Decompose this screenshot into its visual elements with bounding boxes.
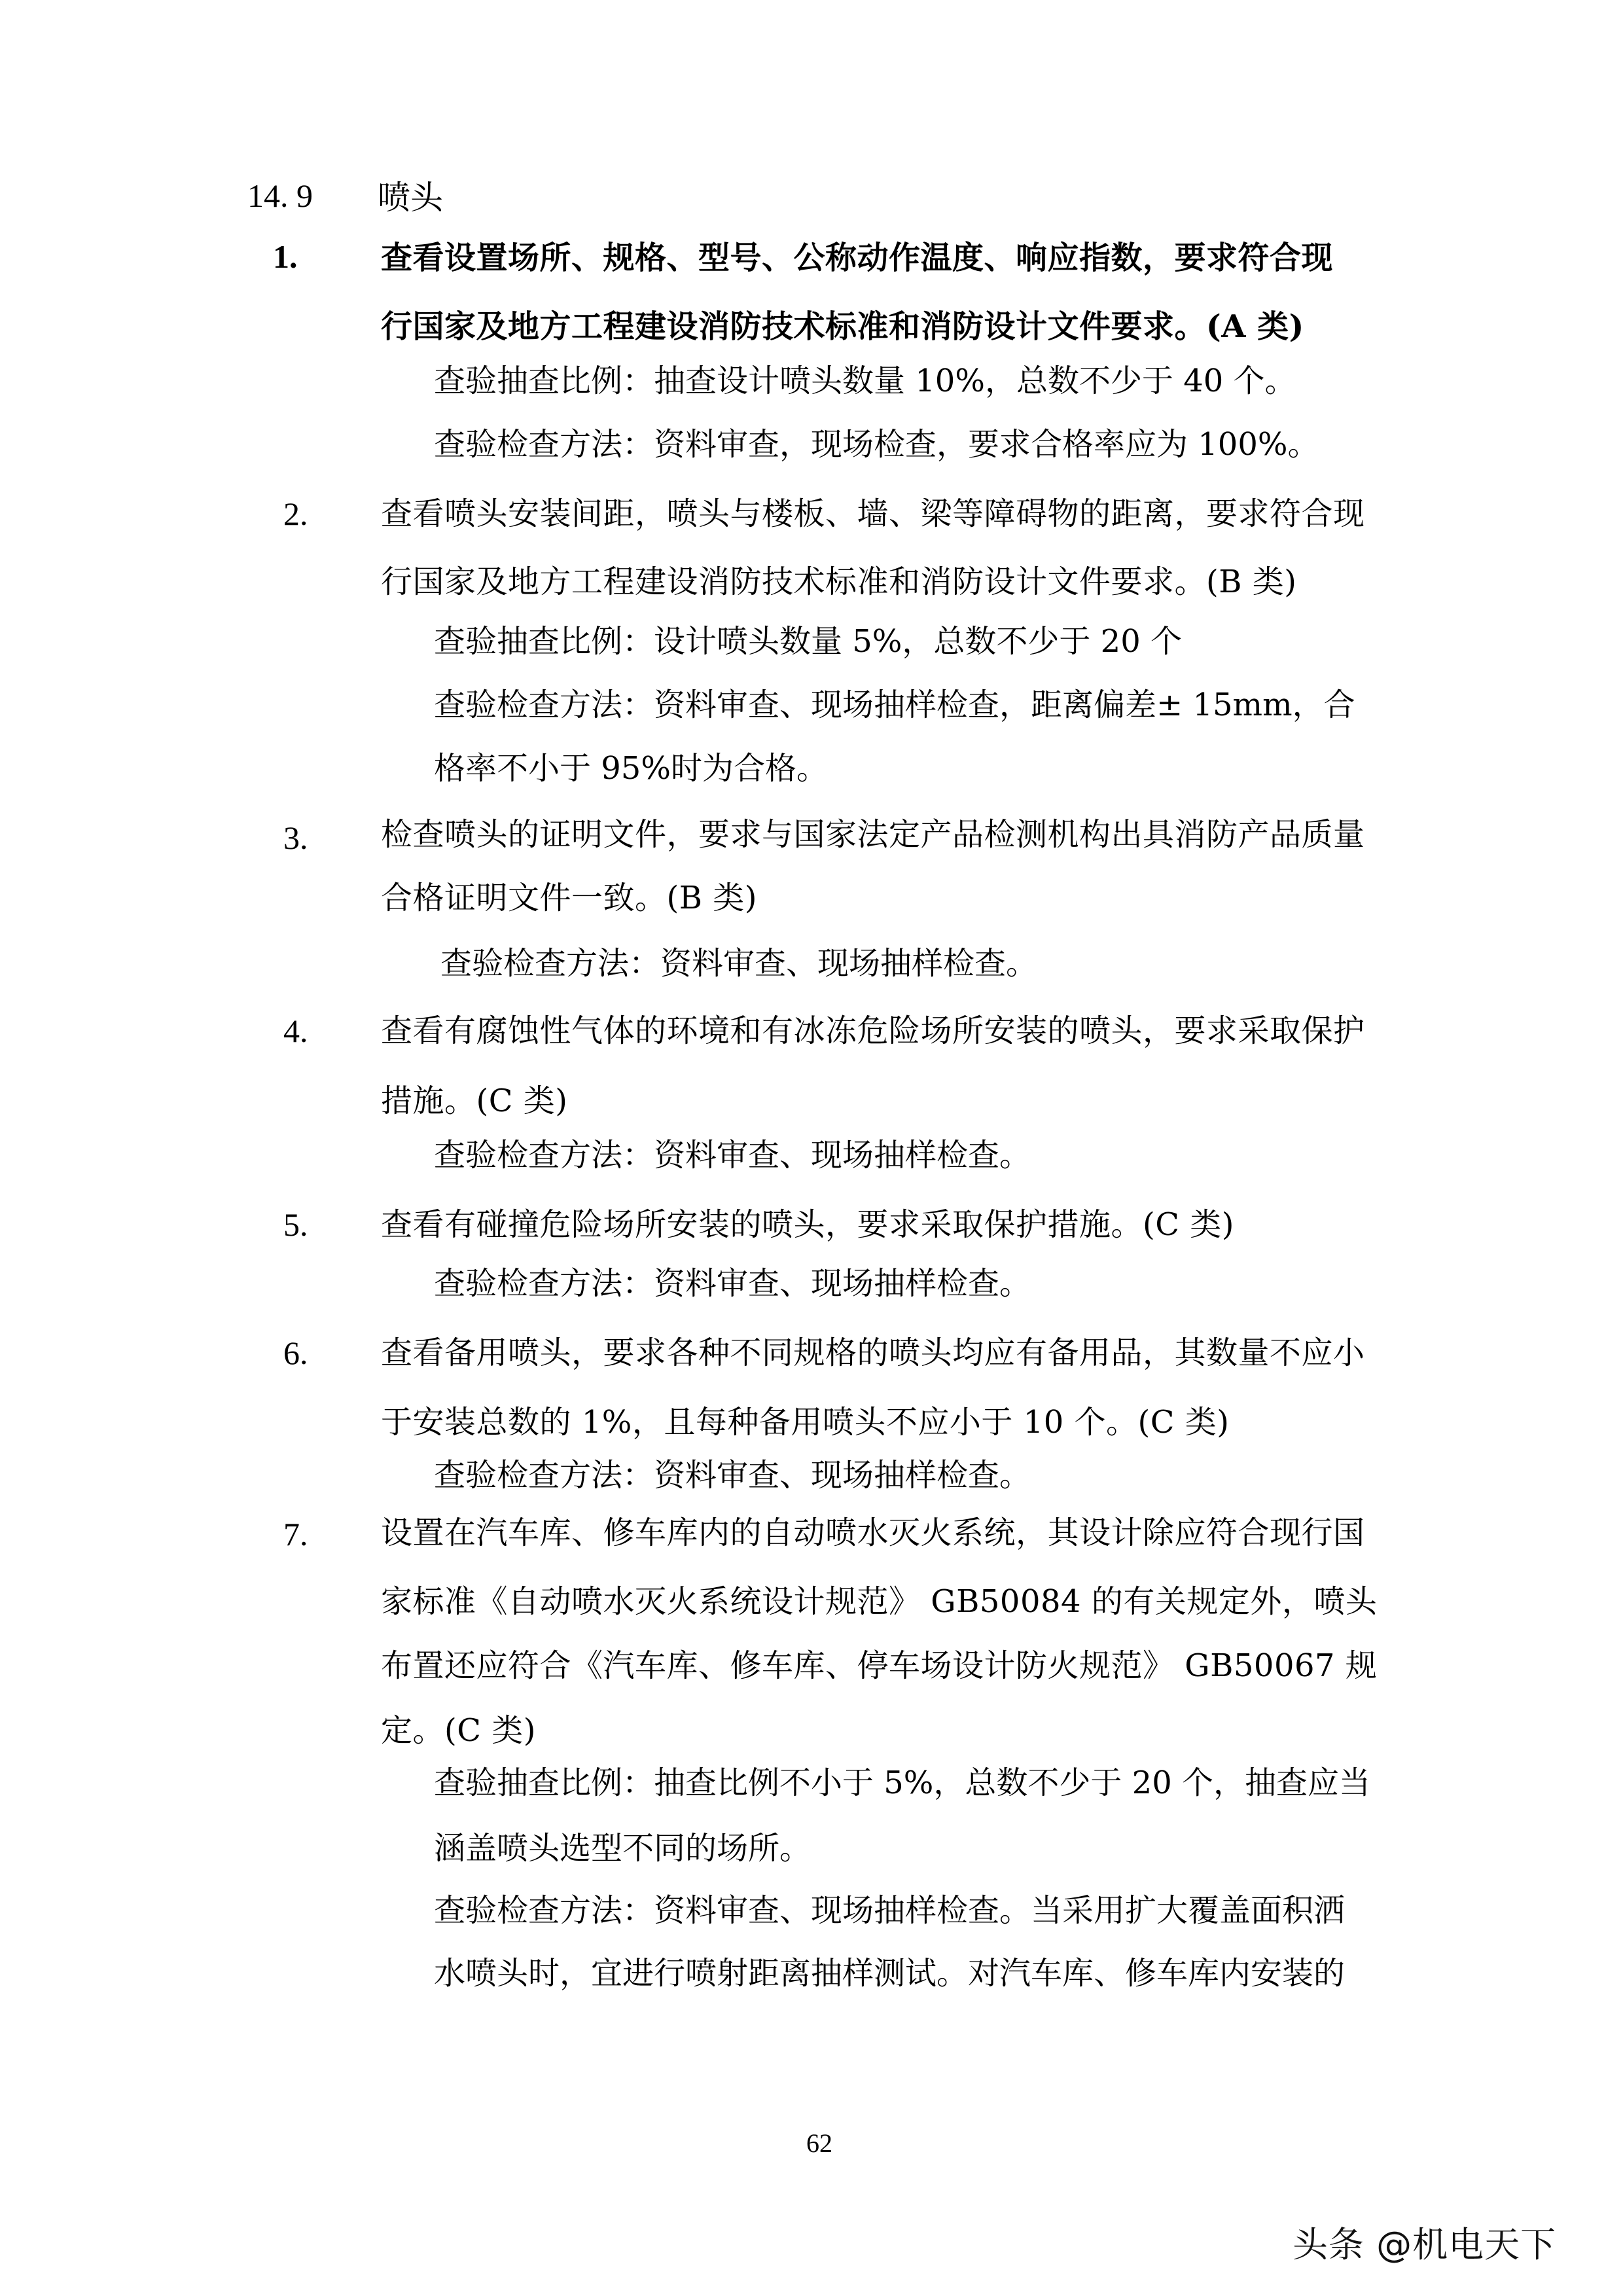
item-text-line: 查看设置场所、规格、型号、公称动作温度、响应指数，要求符合现 bbox=[381, 240, 1402, 276]
item-text-line: 合格证明文件一致。(B 类) bbox=[381, 880, 1402, 916]
sampling-ratio-cont: 涵盖喷头选型不同的场所。 bbox=[434, 1830, 811, 1867]
page-number: 62 bbox=[806, 2128, 832, 2159]
inspection-method-cont: 格率不小于 95%时为合格。 bbox=[434, 750, 828, 787]
item-text-line: 于安装总数的 1%，且每种备用喷头不应小于 10 个。(C 类) bbox=[381, 1404, 1402, 1441]
item-text-line: 检查喷头的证明文件，要求与国家法定产品检测机构出具消防产品质量 bbox=[381, 816, 1402, 853]
inspection-method: 查验检查方法：资料审查、现场抽样检查。 bbox=[434, 1265, 1031, 1302]
item-number: 2. bbox=[283, 495, 308, 532]
item-text-line: 家标准《自动喷水灭火系统设计规范》 GB50084 的有关规定外，喷头 bbox=[381, 1583, 1402, 1620]
inspection-method: 查验检查方法：资料审查、现场抽样检查。当采用扩大覆盖面积洒 bbox=[434, 1892, 1345, 1929]
item-number: 3. bbox=[283, 819, 308, 856]
inspection-method: 查验检查方法：资料审查、现场抽样检查。 bbox=[434, 1137, 1031, 1174]
sampling-ratio: 查验抽查比例：抽查设计喷头数量 10%，总数不少于 40 个。 bbox=[434, 363, 1296, 399]
item-text-line: 查看有碰撞危险场所安装的喷头，要求采取保护措施。(C 类) bbox=[381, 1206, 1402, 1243]
item-number: 5. bbox=[283, 1206, 308, 1243]
item-text-line: 定。(C 类) bbox=[381, 1712, 1402, 1749]
item-text-line: 查看备用喷头，要求各种不同规格的喷头均应有备用品，其数量不应小 bbox=[381, 1335, 1402, 1371]
item-number: 4. bbox=[283, 1013, 308, 1049]
sampling-ratio: 查验抽查比例：抽查比例不小于 5%，总数不少于 20 个，抽查应当 bbox=[434, 1765, 1370, 1801]
inspection-method: 查验检查方法：资料审查，现场检查，要求合格率应为 100%。 bbox=[434, 426, 1319, 463]
inspection-method-cont: 水喷头时，宜进行喷射距离抽样测试。对汽车库、修车库内安装的 bbox=[434, 1955, 1345, 1992]
inspection-method: 查验检查方法：资料审查、现场抽样检查。 bbox=[434, 1457, 1031, 1494]
section-title: 喷头 bbox=[378, 179, 443, 216]
item-text-line: 布置还应符合《汽车库、修车库、停车场设计防火规范》 GB50067 规 bbox=[381, 1647, 1402, 1684]
item-text-line: 查看有腐蚀性气体的环境和有冰冻危险场所安装的喷头，要求采取保护 bbox=[381, 1013, 1402, 1049]
inspection-method: 查验检查方法：资料审查、现场抽样检查。 bbox=[440, 945, 1037, 982]
item-text-line: 设置在汽车库、修车库内的自动喷水灭火系统，其设计除应符合现行国 bbox=[381, 1515, 1402, 1551]
sampling-ratio: 查验抽查比例：设计喷头数量 5%，总数不少于 20 个 bbox=[434, 623, 1182, 660]
section-number: 14. 9 bbox=[247, 177, 313, 214]
item-number: 6. bbox=[283, 1335, 308, 1371]
item-text-line: 措施。(C 类) bbox=[381, 1083, 1402, 1119]
watermark: 头条 @机电天下 bbox=[1293, 2225, 1556, 2265]
item-text-line: 行国家及地方工程建设消防技术标准和消防设计文件要求。(A 类) bbox=[381, 308, 1402, 345]
inspection-method: 查验检查方法：资料审查、现场抽样检查，距离偏差± 15mm，合 bbox=[434, 687, 1355, 723]
item-text-line: 行国家及地方工程建设消防技术标准和消防设计文件要求。(B 类) bbox=[381, 564, 1402, 600]
item-text-line: 查看喷头安装间距，喷头与楼板、墙、梁等障碍物的距离，要求符合现 bbox=[381, 495, 1402, 532]
item-number: 1. bbox=[273, 238, 298, 275]
item-number: 7. bbox=[283, 1516, 308, 1552]
